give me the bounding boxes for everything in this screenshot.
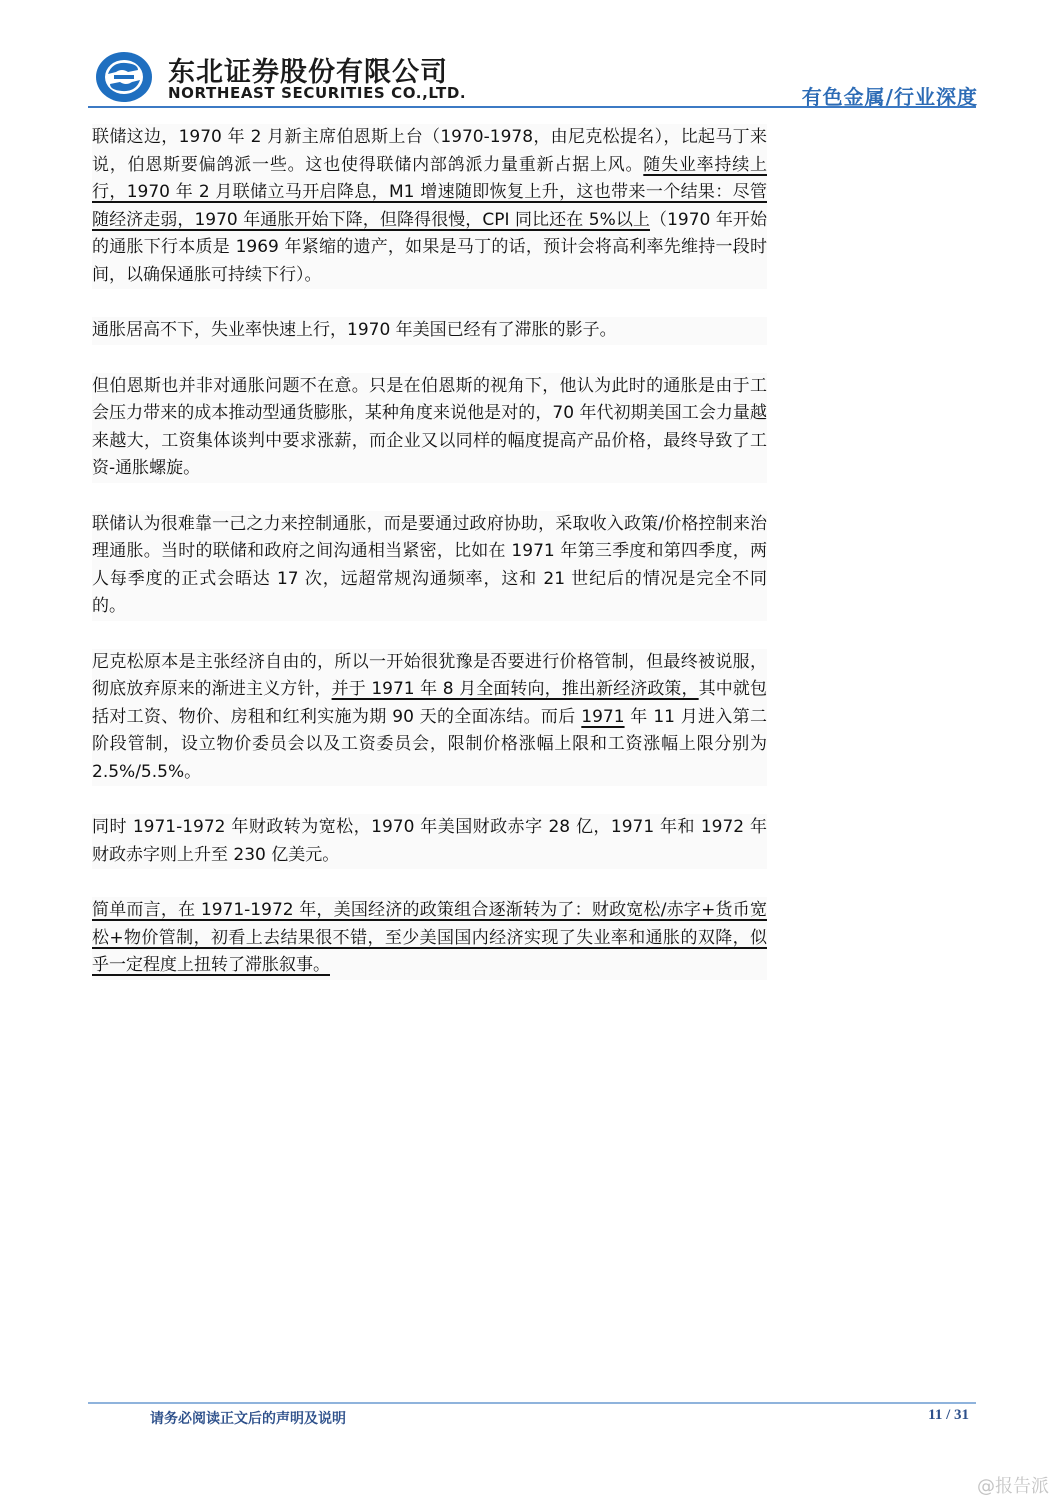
paragraph: 联储认为很难靠一己之力来控制通胀，而是要通过政府协助，采取收入政策/价格控制来治…: [92, 511, 767, 621]
header-divider: [88, 106, 976, 108]
footer-divider: [88, 1402, 976, 1404]
text-segment: 联储认为很难靠一己之力来控制通胀，而是要通过政府协助，采取收入政策/价格控制来治…: [92, 514, 767, 617]
text-segment: 但伯恩斯也并非对通胀问题不在意。只是在伯恩斯的视角下，他认为此时的通胀是由于工会…: [92, 376, 767, 479]
watermark: @报告派: [977, 1472, 1049, 1498]
text-segment: 同时 1971-1972 年财政转为宽松，1970 年美国财政赤字 28 亿，1…: [92, 817, 767, 865]
underlined-text: 简单而言，在 1971-1972 年，美国经济的政策组合逐渐转为了：财政宽松/赤…: [92, 900, 767, 975]
paragraph: 联储这边，1970 年 2 月新主席伯恩斯上台（1970-1978，由尼克松提名…: [92, 124, 767, 289]
document-body: 联储这边，1970 年 2 月新主席伯恩斯上台（1970-1978，由尼克松提名…: [92, 124, 767, 1008]
paragraph: 但伯恩斯也并非对通胀问题不在意。只是在伯恩斯的视角下，他认为此时的通胀是由于工会…: [92, 373, 767, 483]
paragraph: 尼克松原本是主张经济自由的，所以一开始很犹豫是否要进行价格管制，但最终被说服，彻…: [92, 649, 767, 787]
paragraph: 简单而言，在 1971-1972 年，美国经济的政策组合逐渐转为了：财政宽松/赤…: [92, 897, 767, 980]
underlined-text: 并于 1971 年 8 月全面转向，推出新经济政策，: [332, 679, 699, 699]
footer-disclaimer: 请务必阅读正文后的声明及说明: [150, 1408, 346, 1428]
paragraph: 同时 1971-1972 年财政转为宽松，1970 年美国财政赤字 28 亿，1…: [92, 814, 767, 869]
company-logo-icon: [94, 50, 154, 104]
paragraph: 通胀居高不下，失业率快速上行，1970 年美国已经有了滞胀的影子。: [92, 317, 767, 345]
company-name-en: NORTHEAST SECURITIES CO.,LTD.: [168, 84, 466, 102]
page-header: 东北证券股份有限公司 NORTHEAST SECURITIES CO.,LTD.…: [88, 48, 978, 110]
page-number: 11 / 31: [928, 1407, 969, 1424]
underlined-text: 1971: [581, 707, 624, 727]
text-segment: 通胀居高不下，失业率快速上行，1970 年美国已经有了滞胀的影子。: [92, 320, 617, 340]
